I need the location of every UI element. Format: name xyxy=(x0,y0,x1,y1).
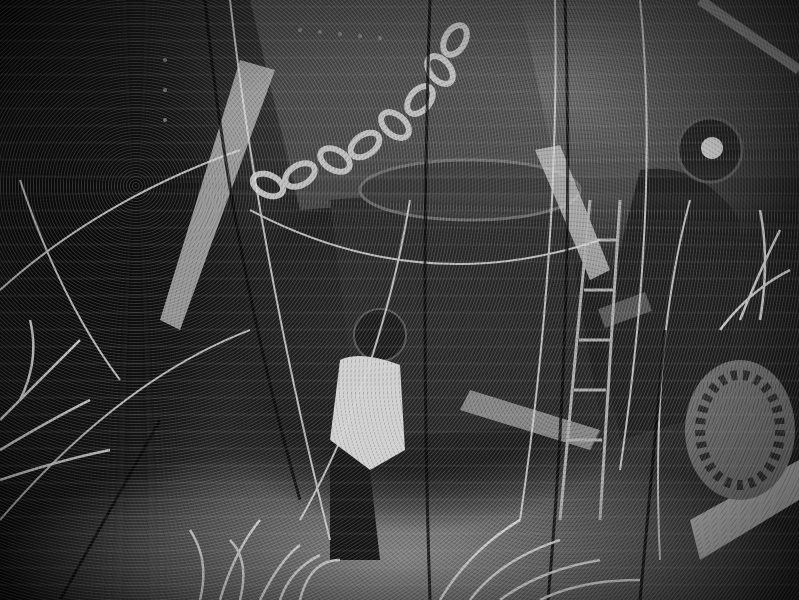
film-still: Black-and-white film still of two helmet… xyxy=(0,0,799,600)
diver-left xyxy=(330,309,406,560)
porthole-ring xyxy=(685,360,795,500)
scene-drawing xyxy=(0,0,799,600)
